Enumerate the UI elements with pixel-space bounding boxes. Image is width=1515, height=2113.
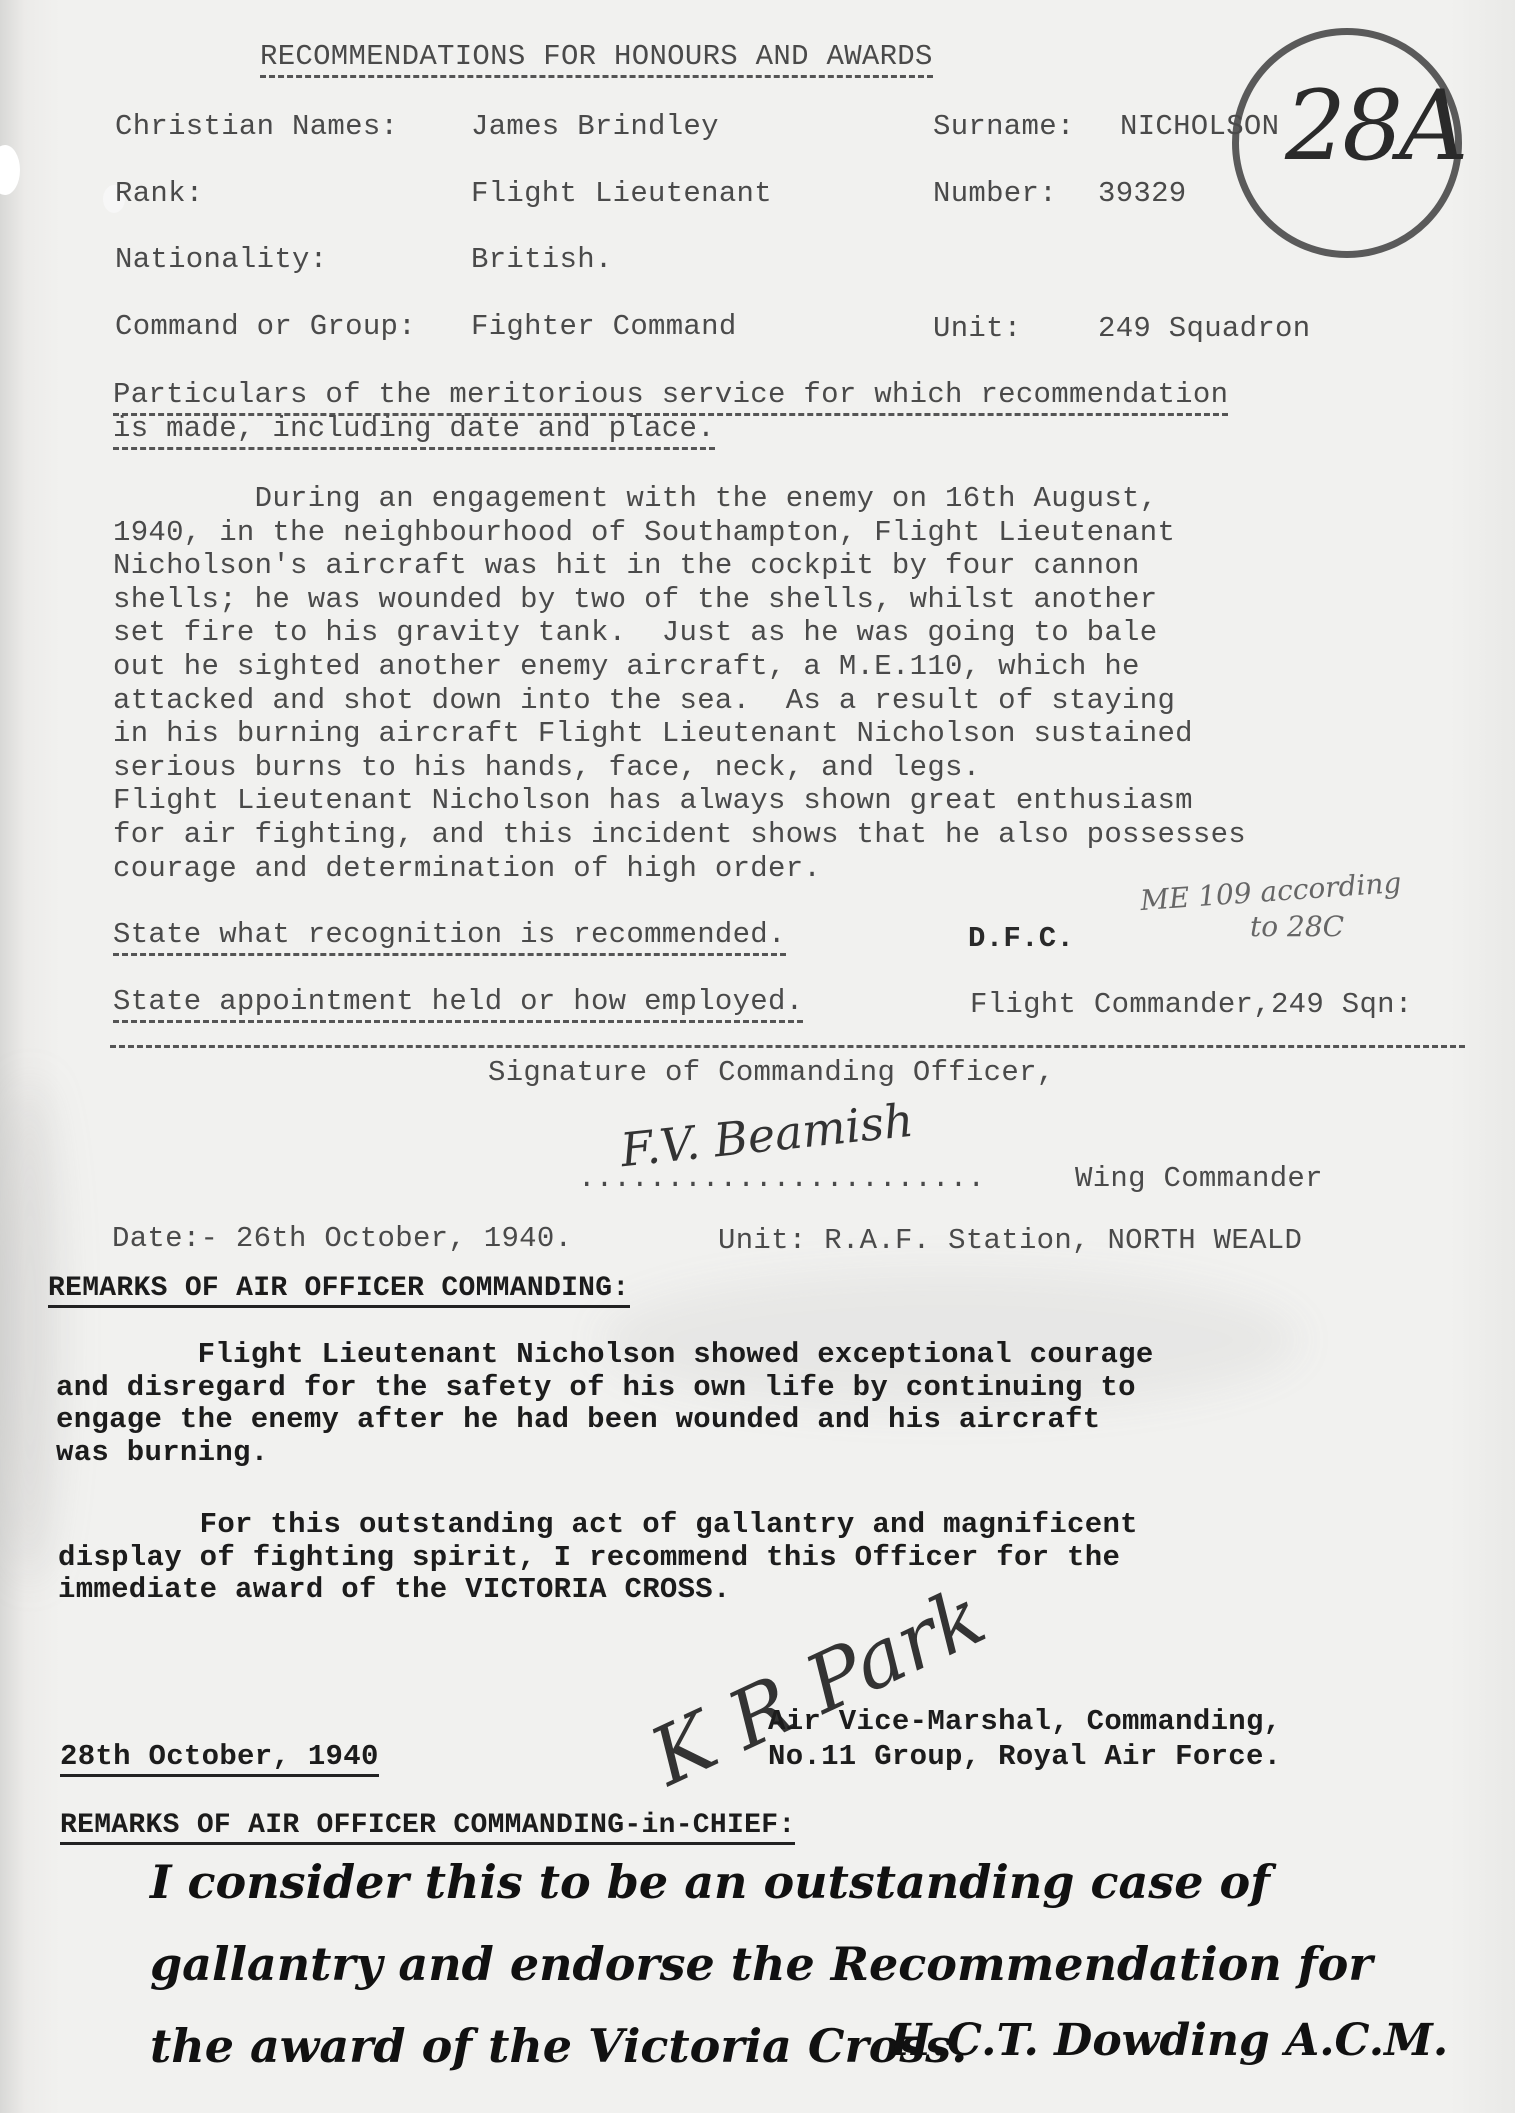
document-title: RECOMMENDATIONS FOR HONOURS AND AWARDS bbox=[260, 40, 933, 78]
surname-value: NICHOLSON bbox=[1120, 110, 1279, 143]
document-page: RECOMMENDATIONS FOR HONOURS AND AWARDS 2… bbox=[0, 0, 1515, 2113]
text-line: Nicholson's aircraft was hit in the cock… bbox=[113, 549, 1140, 582]
text-line: Flight Lieutenant Nicholson showed excep… bbox=[56, 1338, 1154, 1371]
aoc-title-line2: No.11 Group, Royal Air Force. bbox=[768, 1740, 1281, 1773]
text-line: immediate award of the VICTORIA CROSS. bbox=[58, 1573, 731, 1606]
particulars-heading-line1: Particulars of the meritorious service f… bbox=[113, 378, 1228, 416]
text-line: display of fighting spirit, I recommend … bbox=[58, 1541, 1120, 1574]
christian-names-label: Christian Names: bbox=[115, 110, 398, 143]
aoc-remarks-heading: REMARKS OF AIR OFFICER COMMANDING: bbox=[48, 1273, 630, 1308]
text-line: the award of the Victoria Cross. bbox=[150, 2019, 967, 2073]
text-line: gallantry and endorse the Recommendation… bbox=[150, 1937, 1373, 1991]
aoc-in-c-remarks-heading: REMARKS OF AIR OFFICER COMMANDING-in-CHI… bbox=[60, 1810, 795, 1845]
nationality-label: Nationality: bbox=[115, 243, 327, 276]
aoc-in-c-signature: H.C.T. Dowding A.C.M. bbox=[890, 2015, 1448, 2066]
command-label: Command or Group: bbox=[115, 310, 416, 343]
scan-shadow bbox=[0, 1080, 60, 1580]
divider bbox=[110, 1045, 1465, 1048]
surname-label: Surname: bbox=[933, 110, 1075, 143]
appointment-value: Flight Commander,249 Sqn: bbox=[970, 988, 1413, 1021]
text-line: I consider this to be an outstanding cas… bbox=[150, 1855, 1270, 1909]
aoc-title-line1: Air Vice-Marshal, Commanding, bbox=[768, 1705, 1281, 1738]
unit-label: Unit: bbox=[933, 312, 1022, 345]
appointment-label: State appointment held or how employed. bbox=[113, 985, 803, 1023]
text-line: courage and determination of high order. bbox=[113, 852, 821, 885]
recognition-label: State what recognition is recommended. bbox=[113, 918, 786, 956]
text-line: out he sighted another enemy aircraft, a… bbox=[113, 650, 1140, 683]
text-line: 1940, in the neighbourhood of Southampto… bbox=[113, 516, 1175, 549]
number-value: 39329 bbox=[1098, 177, 1187, 210]
stamp-number: 28A bbox=[1285, 70, 1464, 182]
signature-dots: ....................... bbox=[578, 1162, 985, 1195]
text-line: engage the enemy after he had been wound… bbox=[56, 1403, 1100, 1436]
rank-label: Rank: bbox=[115, 177, 204, 210]
text-line: and disregard for the safety of his own … bbox=[56, 1371, 1136, 1404]
nationality-value: British. bbox=[471, 243, 613, 276]
rank-value: Flight Lieutenant bbox=[471, 177, 772, 210]
co-date: Date:- 26th October, 1940. bbox=[112, 1222, 572, 1255]
christian-names-value: James Brindley bbox=[471, 110, 719, 143]
text-line: For this outstanding act of gallantry an… bbox=[58, 1508, 1138, 1541]
text-line: attacked and shot down into the sea. As … bbox=[113, 684, 1175, 717]
text-line: serious burns to his hands, face, neck, … bbox=[113, 751, 980, 784]
co-rank: Wing Commander bbox=[1075, 1162, 1323, 1195]
aoc-date: 28th October, 1940 bbox=[60, 1740, 379, 1777]
text-line: set fire to his gravity tank. Just as he… bbox=[113, 616, 1157, 649]
punch-hole bbox=[0, 145, 20, 195]
unit-value: 249 Squadron bbox=[1098, 312, 1310, 345]
number-label: Number: bbox=[933, 177, 1057, 210]
text-line: for air fighting, and this incident show… bbox=[113, 818, 1246, 851]
text-line: During an engagement with the enemy on 1… bbox=[113, 482, 1157, 515]
command-value: Fighter Command bbox=[471, 310, 737, 343]
signature-label: Signature of Commanding Officer, bbox=[488, 1056, 1055, 1089]
text-line: in his burning aircraft Flight Lieutenan… bbox=[113, 717, 1193, 750]
particulars-heading-line2: is made, including date and place. bbox=[113, 412, 715, 450]
recognition-value: D.F.C. bbox=[968, 922, 1074, 955]
text-line: Flight Lieutenant Nicholson has always s… bbox=[113, 784, 1193, 817]
text-line: was burning. bbox=[56, 1436, 268, 1469]
co-unit: Unit: R.A.F. Station, NORTH WEALD bbox=[718, 1224, 1302, 1257]
text-line: shells; he was wounded by two of the she… bbox=[113, 583, 1157, 616]
margin-note-2: to 28C bbox=[1250, 910, 1344, 943]
